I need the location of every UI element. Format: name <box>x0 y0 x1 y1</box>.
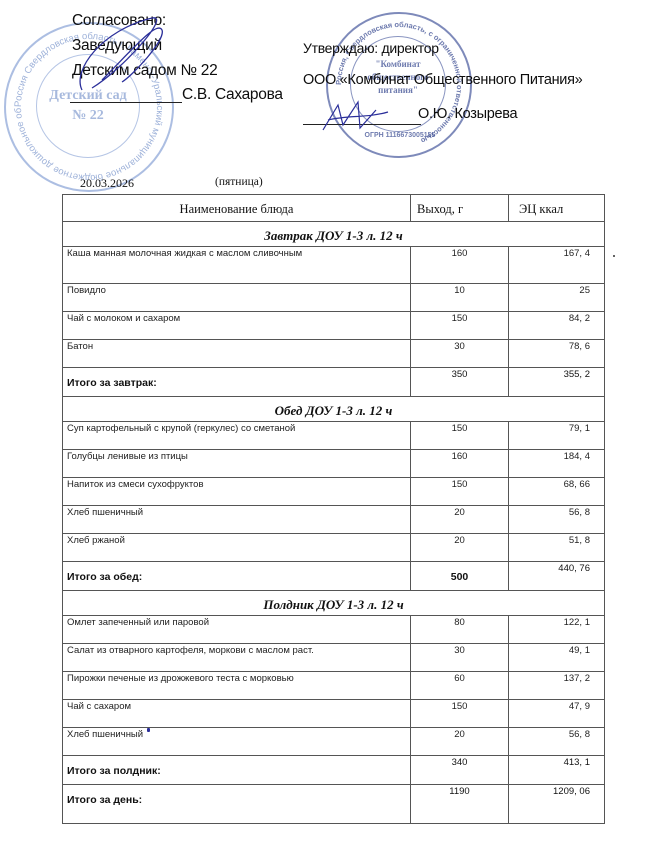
table-header-row: Наименование блюда Выход, г ЭЦ ккал <box>63 195 604 222</box>
column-header-yield: Выход, г <box>411 195 509 221</box>
dish-kcal: 78, 6 <box>509 340 604 367</box>
dish-kcal: 79, 1 <box>509 422 604 449</box>
table-row: Голубцы ленивые из птицы160184, 4 <box>63 450 604 478</box>
table-row: Омлет запеченный или паровой80122, 1 <box>63 616 604 644</box>
section-total-row: Итого за полдник:340413, 1 <box>63 756 604 785</box>
table-row: Хлеб ржаной2051, 8 <box>63 534 604 562</box>
approval-left-signatory: С.В. Сахарова <box>182 86 283 104</box>
dish-kcal: 56, 8 <box>509 506 604 533</box>
signature-right-icon <box>318 90 408 140</box>
column-header-kcal: ЭЦ ккал <box>509 195 604 221</box>
dish-yield: 30 <box>411 644 509 671</box>
dish-yield: 20 <box>411 506 509 533</box>
total-label: Итого за день: <box>63 785 411 823</box>
dish-kcal: 137, 2 <box>509 672 604 699</box>
table-row: Суп картофельный с крупой (геркулес) со … <box>63 422 604 450</box>
dish-kcal: 122, 1 <box>509 616 604 643</box>
total-label: Итого за полдник: <box>63 756 411 784</box>
dish-yield: 150 <box>411 478 509 505</box>
dish-name: Напиток из смеси сухофруктов <box>63 478 411 505</box>
dish-name: Повидло <box>63 284 411 311</box>
table-row: Повидло1025 <box>63 284 604 312</box>
dish-yield: 20 <box>411 728 509 755</box>
dish-name: Каша манная молочная жидкая с маслом сли… <box>63 247 411 283</box>
dish-name: Чай с сахаром <box>63 700 411 727</box>
section-total-row: Итого за завтрак:350355, 2 <box>63 368 604 397</box>
total-yield: 350 <box>411 368 509 396</box>
dish-yield: 160 <box>411 247 509 283</box>
section-total-row: Итого за обед:500440, 76 <box>63 562 604 591</box>
dish-name: Хлеб ржаной <box>63 534 411 561</box>
dish-yield: 10 <box>411 284 509 311</box>
dish-kcal: 51, 8 <box>509 534 604 561</box>
dish-yield: 30 <box>411 340 509 367</box>
approval-right-line1: Утверждаю: директор <box>303 40 439 56</box>
dish-yield: 150 <box>411 422 509 449</box>
dish-name: Батон <box>63 340 411 367</box>
approval-right-signatory: О.Ю. Козырева <box>418 106 517 122</box>
scan-speck <box>613 255 615 257</box>
table-row: Батон3078, 6 <box>63 340 604 368</box>
dish-yield: 150 <box>411 312 509 339</box>
dish-name: Хлеб пшеничный <box>63 506 411 533</box>
section-title: Обед ДОУ 1-3 л. 12 ч <box>63 397 604 422</box>
total-yield: 500 <box>411 562 509 590</box>
dish-name: Чай с молоком и сахаром <box>63 312 411 339</box>
dish-name: Хлеб пшеничный <box>63 728 411 755</box>
menu-table: Наименование блюда Выход, г ЭЦ ккал Завт… <box>62 194 605 824</box>
dish-name: Голубцы ленивые из птицы <box>63 450 411 477</box>
dish-name: Пирожки печеные из дрожжевого теста с мо… <box>63 672 411 699</box>
total-label: Итого за обед: <box>63 562 411 590</box>
total-kcal: 413, 1 <box>509 756 604 784</box>
dish-yield: 150 <box>411 700 509 727</box>
table-row: Хлеб пшеничный2056, 8 <box>63 506 604 534</box>
signature-left-icon <box>62 10 172 100</box>
total-label: Итого за завтрак: <box>63 368 411 396</box>
dish-kcal: 68, 66 <box>509 478 604 505</box>
dish-kcal: 47, 9 <box>509 700 604 727</box>
menu-date: 20.03.2026 <box>80 176 134 191</box>
scan-speck <box>147 728 150 732</box>
menu-weekday: (пятница) <box>215 176 263 188</box>
table-row: Хлеб пшеничный2056, 8 <box>63 728 604 756</box>
total-yield: 1190 <box>411 785 509 823</box>
dish-yield: 20 <box>411 534 509 561</box>
total-yield: 340 <box>411 756 509 784</box>
dish-yield: 60 <box>411 672 509 699</box>
dish-kcal: 49, 1 <box>509 644 604 671</box>
total-kcal: 1209, 06 <box>509 785 604 823</box>
dish-yield: 160 <box>411 450 509 477</box>
section-title: Полдник ДОУ 1-3 л. 12 ч <box>63 591 604 616</box>
table-row: Каша манная молочная жидкая с маслом сли… <box>63 247 604 284</box>
dish-name: Салат из отварного картофеля, моркови с … <box>63 644 411 671</box>
dish-name: Омлет запеченный или паровой <box>63 616 411 643</box>
table-row: Пирожки печеные из дрожжевого теста с мо… <box>63 672 604 700</box>
dish-kcal: 84, 2 <box>509 312 604 339</box>
table-row: Салат из отварного картофеля, моркови с … <box>63 644 604 672</box>
dish-kcal: 184, 4 <box>509 450 604 477</box>
dish-kcal: 167, 4 <box>509 247 604 283</box>
table-row: Напиток из смеси сухофруктов15068, 66 <box>63 478 604 506</box>
table-row: Чай с сахаром15047, 9 <box>63 700 604 728</box>
table-row: Чай с молоком и сахаром15084, 2 <box>63 312 604 340</box>
total-kcal: 440, 76 <box>509 562 604 590</box>
day-total-row: Итого за день:11901209, 06 <box>63 785 604 824</box>
total-kcal: 355, 2 <box>509 368 604 396</box>
approval-right-line2: ООО «Комбинат Общественного Питания» <box>303 72 582 88</box>
dish-kcal: 25 <box>509 284 604 311</box>
section-title: Завтрак ДОУ 1-3 л. 12 ч <box>63 222 604 247</box>
dish-name: Суп картофельный с крупой (геркулес) со … <box>63 422 411 449</box>
column-header-dish: Наименование блюда <box>63 195 411 221</box>
dish-kcal: 56, 8 <box>509 728 604 755</box>
dish-yield: 80 <box>411 616 509 643</box>
signature-line-left <box>70 102 182 103</box>
